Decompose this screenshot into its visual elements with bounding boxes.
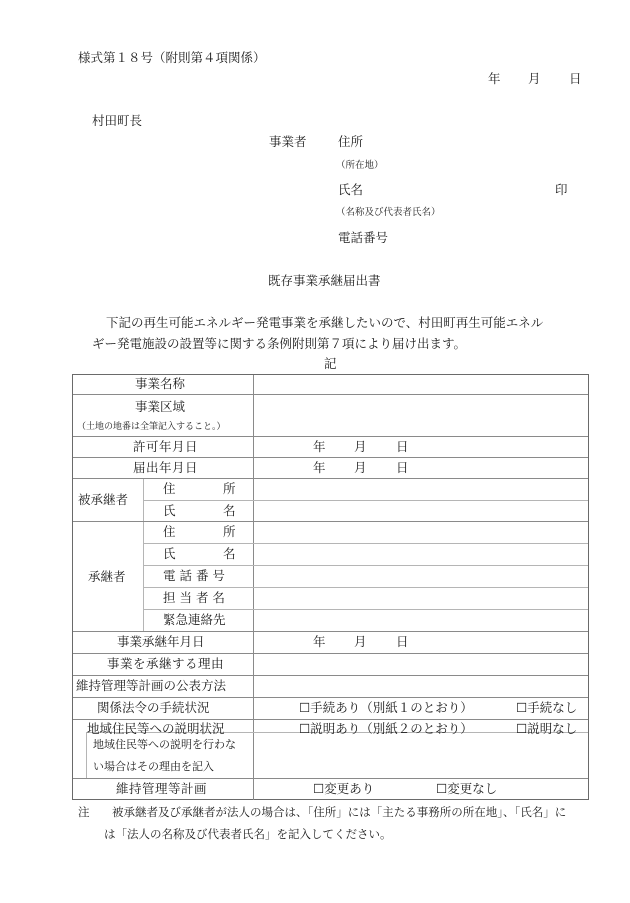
label-succession-reason: 事業を承継する理由 — [107, 656, 224, 672]
permit-day-unit: 日 — [396, 439, 409, 455]
seal-mark: 印 — [555, 182, 568, 198]
successor-name-b: 名 — [223, 546, 236, 562]
predecessor-address-field[interactable] — [254, 479, 589, 500]
no-explanation-reason-line1: 地域住民等への説明を行わな — [93, 737, 236, 753]
successor-phone-label: 電 話 番 号 — [163, 568, 225, 584]
applicant-address-note: （所在地） — [336, 160, 384, 172]
label-successor: 承継者 — [88, 569, 126, 585]
note-mark: 注 — [78, 804, 90, 820]
project-area-field[interactable] — [254, 395, 589, 436]
note-line-1: 被承継者及び承継者が法人の場合は、「住所」には「主たる事務所の所在地」、「氏名」… — [112, 804, 566, 820]
applicant-phone-label: 電話番号 — [338, 230, 388, 246]
publication-method-field[interactable] — [254, 676, 589, 697]
succession-month-unit: 月 — [354, 634, 367, 650]
maintenance-unchanged-checkbox[interactable]: ☐変更なし — [436, 781, 497, 797]
no-explanation-reason-field[interactable] — [254, 733, 589, 778]
successor-name-a: 氏 — [163, 546, 176, 562]
permit-month-unit: 月 — [354, 439, 367, 455]
predecessor-name-b: 名 — [223, 503, 236, 519]
label-notification-date: 届出年月日 — [133, 460, 198, 476]
date-month-unit: 月 — [528, 71, 541, 87]
no-explanation-reason-line2: い場合はその理由を記入 — [93, 759, 214, 775]
predecessor-address-b: 所 — [223, 481, 236, 497]
predecessor-name-field[interactable] — [254, 501, 589, 521]
successor-contact-label: 担 当 者 名 — [163, 590, 225, 606]
addressee: 村田町長 — [92, 113, 142, 129]
label-permit-date: 許可年月日 — [133, 439, 198, 455]
successor-address-a: 住 — [163, 524, 176, 540]
project-area-note: （土地の地番は全筆記入すること。） — [77, 421, 226, 433]
ki-label: 記 — [324, 356, 337, 372]
successor-emergency-field[interactable] — [254, 610, 589, 631]
notification-year-unit: 年 — [313, 460, 326, 476]
form-table: 事業名称 事業区域 （土地の地番は全筆記入すること。） 許可年月日 年 月 日 … — [72, 374, 589, 800]
date-year-unit: 年 — [488, 71, 501, 87]
label-maintenance-plan: 維持管理等計画 — [116, 781, 207, 797]
legal-procedures-no-checkbox[interactable]: ☐手続なし — [516, 700, 577, 716]
label-predecessor: 被承継者 — [78, 492, 128, 508]
body-line-2: ギー発電施設の設置等に関する条例附則第７項により届け出ます。 — [92, 336, 466, 352]
succession-day-unit: 日 — [396, 634, 409, 650]
predecessor-name-a: 氏 — [163, 503, 176, 519]
applicant-name-label: 氏名 — [338, 182, 363, 198]
maintenance-changed-checkbox[interactable]: ☐変更あり — [313, 781, 374, 797]
date-day-unit: 日 — [569, 71, 582, 87]
body-line-1: 下記の再生可能エネルギー発電事業を承継したいので、村田町再生可能エネル — [106, 315, 543, 331]
label-publication-method: 維持管理等計画の公表方法 — [76, 678, 226, 694]
label-resident-explanation: 地域住民等への説明状況 — [87, 721, 225, 737]
label-succession-date: 事業承継年月日 — [117, 634, 205, 650]
permit-year-unit: 年 — [313, 439, 326, 455]
notification-day-unit: 日 — [396, 460, 409, 476]
applicant-name-note: （名称及び代表者氏名） — [336, 207, 441, 219]
legal-procedures-yes-checkbox[interactable]: ☐手続あり（別紙１のとおり） — [299, 700, 473, 716]
label-legal-procedures: 関係法令の手続状況 — [97, 700, 210, 716]
applicant-address-label: 住所 — [338, 134, 363, 150]
document-title: 既存事業承継届出書 — [268, 273, 381, 289]
applicant-label: 事業者 — [269, 134, 307, 150]
successor-phone-field[interactable] — [254, 566, 589, 587]
successor-address-field[interactable] — [254, 522, 589, 543]
notification-month-unit: 月 — [354, 460, 367, 476]
succession-year-unit: 年 — [313, 634, 326, 650]
label-project-area: 事業区域 — [135, 399, 185, 415]
successor-contact-field[interactable] — [254, 588, 589, 609]
form-number: 様式第１８号（附則第４項関係） — [78, 50, 266, 66]
successor-emergency-label: 緊急連絡先 — [163, 612, 226, 628]
successor-address-b: 所 — [223, 524, 236, 540]
indent-divider — [86, 732, 87, 778]
project-name-field[interactable] — [254, 375, 589, 394]
successor-name-field[interactable] — [254, 544, 589, 565]
note-line-2: は「法人の名称及び代表者氏名」を記入してください。 — [104, 826, 392, 842]
label-project-name: 事業名称 — [135, 376, 185, 392]
succession-reason-field[interactable] — [254, 654, 589, 675]
predecessor-address-a: 住 — [163, 481, 176, 497]
